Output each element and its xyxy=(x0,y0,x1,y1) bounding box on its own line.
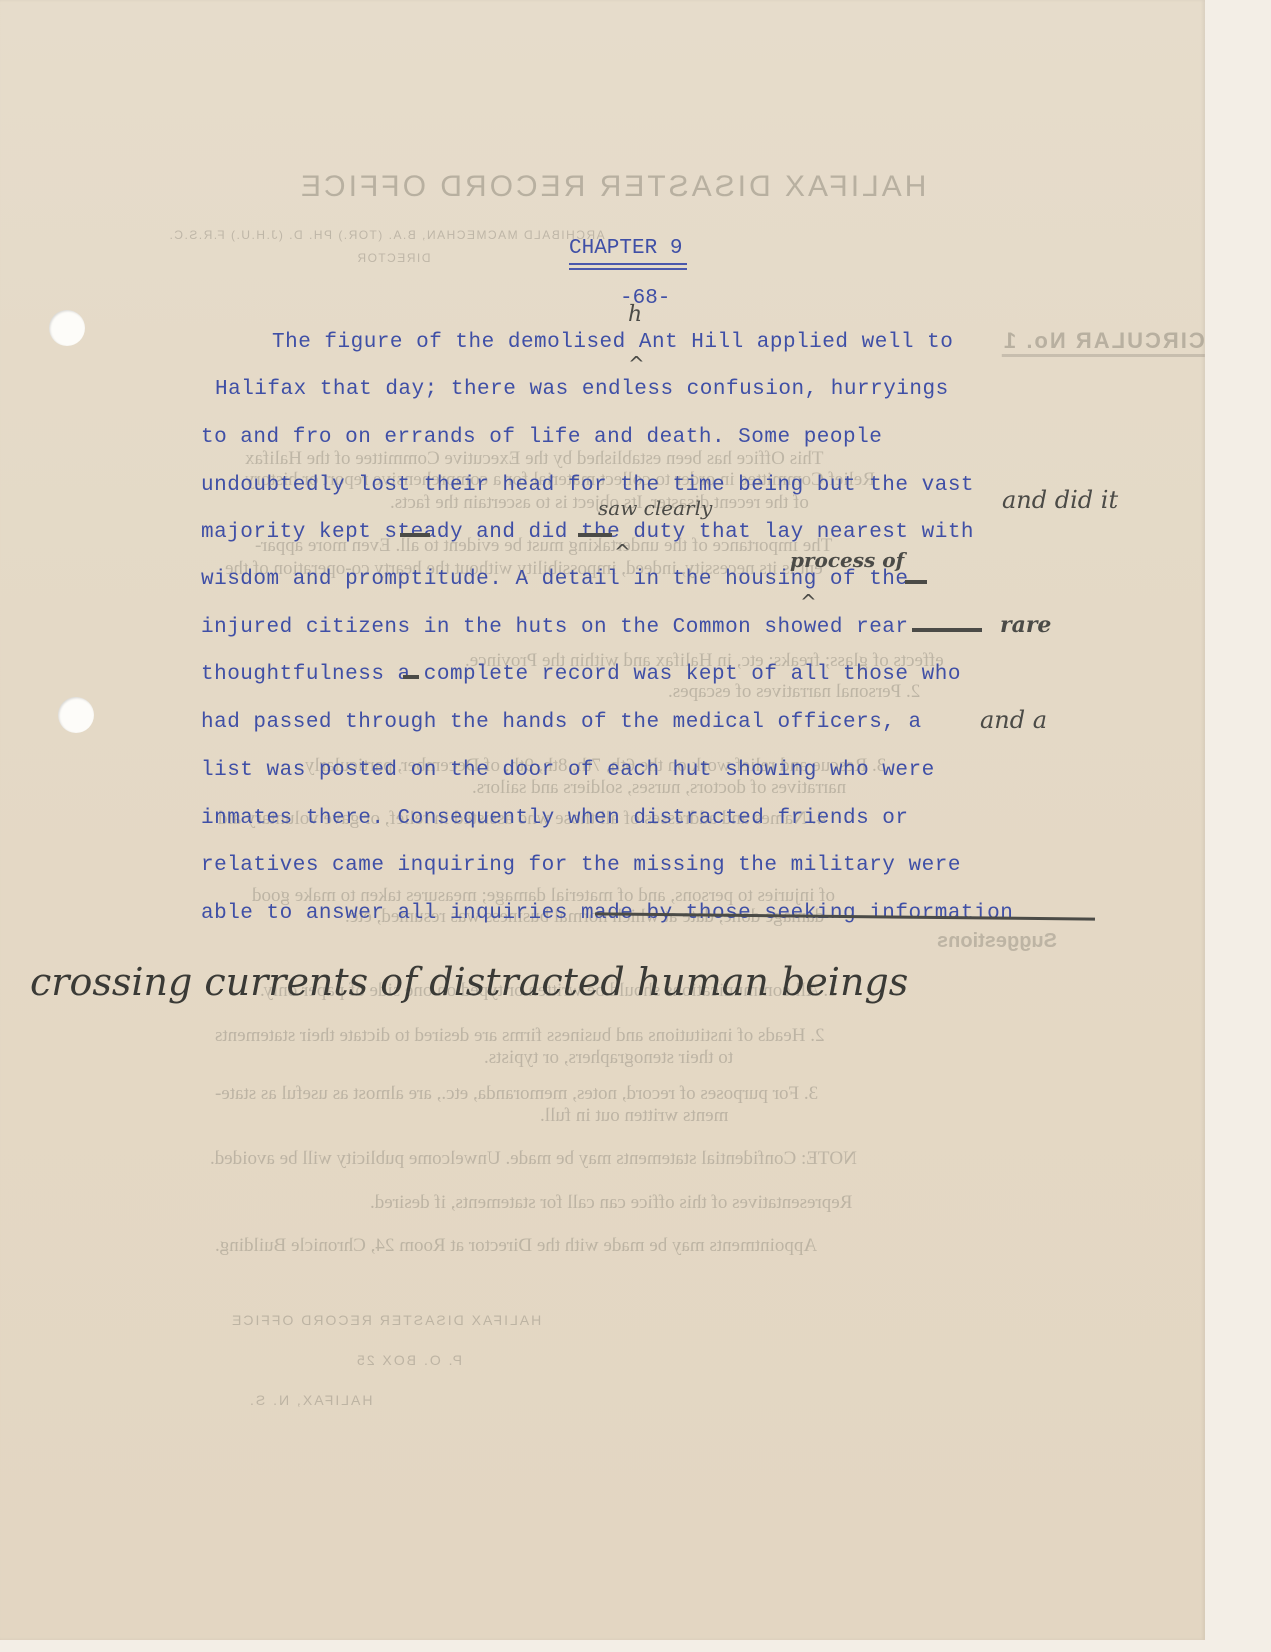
scan-margin-right xyxy=(1205,0,1271,1652)
strike-a xyxy=(403,675,419,679)
bleed-footer: HALIFAX DISASTER RECORD OFFICE xyxy=(230,1312,541,1328)
strike-of xyxy=(905,580,927,584)
handwritten-insert-h: h xyxy=(628,302,642,327)
strike-did xyxy=(578,533,612,537)
strike-rear xyxy=(912,628,982,632)
typed-line-4: undoubtedly lost their head for the time… xyxy=(201,474,974,497)
handwritten-rare: rare xyxy=(1000,612,1051,638)
bleed-letterhead-role: DIRECTOR xyxy=(356,251,430,265)
strike-and xyxy=(400,533,430,537)
bleed-letterhead-subtitle: ARCHIBALD MACMECHAN, B.A. (TOR.) PH. D. … xyxy=(168,228,605,242)
chapter-heading: CHAPTER 9 xyxy=(569,237,682,260)
typed-line-10: list was posted on the door of each hut … xyxy=(201,759,935,782)
bleed-heading: Suggestions xyxy=(937,930,1057,953)
bleed-text: ments written out in full. xyxy=(540,1105,728,1127)
punch-hole-icon xyxy=(58,697,94,733)
bleed-text: Appointments may be made with the Direct… xyxy=(215,1235,817,1257)
bleed-text: NOTE: Confidential statements may be mad… xyxy=(210,1148,857,1170)
punch-hole-icon xyxy=(49,310,85,346)
bleed-text: Representatives of this office can call … xyxy=(370,1192,852,1214)
typed-line-2: Halifax that day; there was endless conf… xyxy=(215,378,949,401)
bleed-footer: HALIFAX, N. S. xyxy=(248,1392,372,1408)
typed-line-12: relatives came inquiring for the missing… xyxy=(201,854,961,877)
scan-margin-bottom xyxy=(0,1640,1271,1652)
handwritten-and-a: and a xyxy=(980,706,1047,734)
typed-line-9: had passed through the hands of the medi… xyxy=(201,711,922,734)
handwritten-insert-line: crossing currents of distracted human be… xyxy=(30,960,908,1004)
bleed-text: 3. For purposes of record, notes, memora… xyxy=(215,1083,818,1105)
typed-line-1: The figure of the demolised Ant Hill app… xyxy=(272,331,953,354)
bleed-text: 2. Heads of institutions and business fi… xyxy=(215,1025,824,1047)
typed-line-7: injured citizens in the huts on the Comm… xyxy=(201,616,909,639)
insert-caret-icon: ^ xyxy=(628,352,645,376)
bleed-side-label: CIRCULAR No. 1 xyxy=(1002,328,1205,357)
handwritten-process-of: process of xyxy=(790,548,904,572)
typed-line-11: inmates there. Consequently when distrac… xyxy=(201,807,909,830)
typed-line-3: to and fro on errands of life and death.… xyxy=(201,426,882,449)
chapter-underline xyxy=(569,268,687,270)
insert-caret-icon: ^ xyxy=(614,540,631,564)
bleed-text: to their stenographers, or typists. xyxy=(484,1047,733,1069)
bleed-text: This Office has been established by the … xyxy=(245,448,823,470)
bleed-footer: P. O. BOX 25 xyxy=(355,1352,462,1368)
handwritten-and-did-it: and did it xyxy=(1002,486,1118,514)
insert-caret-icon: ^ xyxy=(800,590,817,614)
chapter-underline xyxy=(569,263,687,265)
handwritten-saw-clearly: saw clearly xyxy=(598,496,712,520)
typed-line-8: thoughtfulness a complete record was kep… xyxy=(201,663,961,686)
bleed-letterhead-title: HALIFAX DISASTER RECORD OFFICE xyxy=(298,170,926,204)
